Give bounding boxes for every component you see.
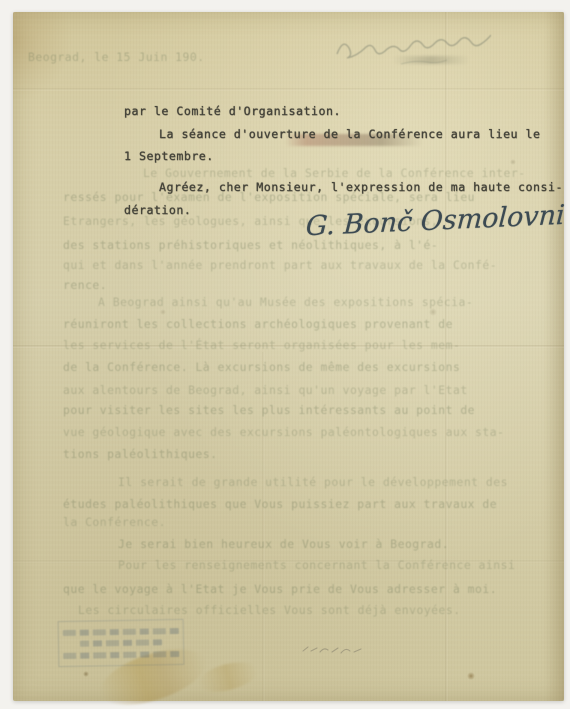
stamp-text-line <box>80 639 161 646</box>
fold-crease-vertical <box>445 12 448 701</box>
bleedthrough-line: que le voyage à l'Etat je Vous prie de V… <box>63 582 497 596</box>
paper-edge-shadow <box>544 12 564 701</box>
bleedthrough-line: A Beograd ainsi qu'au Musée des expositi… <box>98 295 473 309</box>
bleedthrough-stamp <box>58 619 185 667</box>
typed-line: La séance d'ouverture de la Conférence a… <box>159 127 540 141</box>
letter-page: Beograd, le 15 Juin 190. Le Gouvernement… <box>13 12 564 701</box>
bleedthrough-line: Je serai bien heureux de Vous voir à Beo… <box>118 537 449 551</box>
bleedthrough-line: vue géologique avec des excursions paléo… <box>63 425 504 439</box>
bleedthrough-line: de la Conférence. Là excursions de même … <box>63 360 460 374</box>
stamp-text-line <box>63 627 179 635</box>
typed-line: 1 Septembre. <box>124 149 214 163</box>
scan-background: Beograd, le 15 Juin 190. Le Gouvernement… <box>0 0 570 709</box>
typed-line: par le Comité d'Organisation. <box>124 104 341 118</box>
bleedthrough-line: les services de l'État seront organisées… <box>63 338 460 352</box>
bleedthrough-line: réuniront les collections archéologiques… <box>63 317 453 331</box>
bleedthrough-line: pour visiter les sites les plus intéress… <box>63 403 475 417</box>
bleedthrough-date-line: Beograd, le 15 Juin 190. <box>28 50 205 64</box>
typed-line: Agréez, cher Monsieur, l'expression de m… <box>159 180 563 194</box>
bleedthrough-line: Il serait de grande utilité pour le déve… <box>118 475 508 489</box>
pencil-notation <box>300 641 364 657</box>
bleedthrough-line: rence. <box>63 278 107 292</box>
typed-line: dération. <box>124 203 191 217</box>
stamp-text-line <box>63 650 179 658</box>
fold-crease <box>13 88 564 91</box>
bleedthrough-line: Pour les renseignements concernant la Co… <box>118 558 515 572</box>
bleedthrough-line: Les circulaires officielles Vous sont dé… <box>78 603 461 617</box>
bleedthrough-line: aux alentours de Beograd, ainsi qu'un vo… <box>63 383 468 397</box>
bleedthrough-line: la Conférence. <box>63 515 166 529</box>
bleedthrough-smudge <box>393 56 469 64</box>
handwritten-signature: G. Bonč Osmolovni <box>303 201 546 270</box>
bleedthrough-line: tions paléolithiques. <box>63 447 218 461</box>
bleedthrough-line: Le Gouvernement de la Serbie de la Confé… <box>143 166 526 180</box>
bleedthrough-line: études paléolithiques que Vous puissiez … <box>63 497 497 511</box>
